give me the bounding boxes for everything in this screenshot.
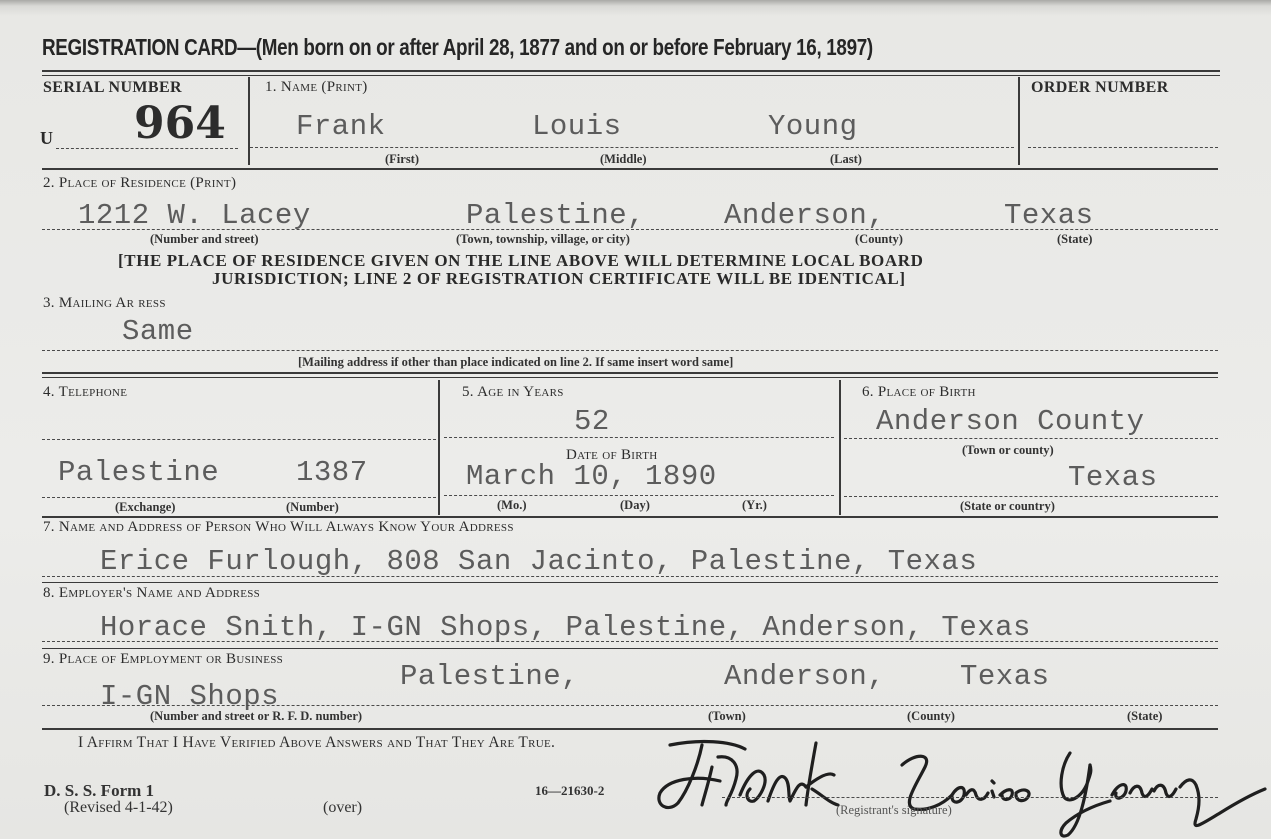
signature-icon bbox=[640, 735, 1271, 839]
dob-dashed-line bbox=[444, 495, 834, 496]
caption-day: (Day) bbox=[620, 498, 650, 513]
dob-value: March 10, 1890 bbox=[466, 460, 717, 493]
mailing-dashed-line bbox=[42, 350, 1218, 351]
telephone-dashed-top bbox=[42, 439, 436, 440]
order-divider bbox=[1018, 77, 1020, 165]
birthplace-label: 6. Place of Birth bbox=[862, 384, 976, 401]
telephone-exchange: Palestine bbox=[58, 456, 219, 489]
caption-year: (Yr.) bbox=[742, 498, 767, 513]
form-number: D. S. S. Form 1 bbox=[44, 781, 154, 801]
employment-dashed-line bbox=[42, 705, 1218, 706]
caption-street: (Number and street) bbox=[150, 232, 259, 247]
birthplace-town: Anderson County bbox=[876, 405, 1145, 438]
employment-label: 9. Place of Employment or Business bbox=[43, 651, 283, 668]
top-rule-inner bbox=[42, 75, 1220, 76]
caption-first: (First) bbox=[385, 152, 419, 167]
caption-employment-county: (County) bbox=[907, 709, 955, 724]
registration-card: REGISTRATION CARD—(Men born on or after … bbox=[0, 0, 1271, 839]
rule-after-mailing bbox=[42, 372, 1218, 374]
caption-last: (Last) bbox=[830, 152, 862, 167]
print-code: 16—21630-2 bbox=[535, 783, 604, 799]
birthplace-dashed-top bbox=[844, 438, 1218, 439]
affirmation-text: I Affirm That I Have Verified Above Answ… bbox=[78, 734, 555, 752]
serial-dashed-line bbox=[56, 148, 238, 149]
telephone-dashed-bottom bbox=[42, 497, 436, 498]
caption-employment-town: (Town) bbox=[708, 709, 746, 724]
caption-middle: (Middle) bbox=[600, 152, 647, 167]
caption-state: (State) bbox=[1057, 232, 1092, 247]
top-rule bbox=[42, 70, 1220, 72]
residence-street: 1212 W. Lacey bbox=[78, 199, 311, 232]
telephone-number: 1387 bbox=[296, 456, 368, 489]
signature-dashed-line bbox=[722, 797, 1218, 798]
age-value: 52 bbox=[574, 405, 610, 438]
contact-value: Erice Furlough, 808 San Jacinto, Palesti… bbox=[100, 545, 977, 578]
rule-after-name bbox=[42, 168, 1218, 170]
serial-number-value: 964 bbox=[134, 98, 226, 149]
serial-number-label: SERIAL NUMBER bbox=[43, 79, 182, 97]
caption-employment-state: (State) bbox=[1127, 709, 1162, 724]
contact-label: 7. Name and Address of Person Who Will A… bbox=[43, 519, 514, 536]
residence-label: 2. Place of Residence (Print) bbox=[43, 175, 236, 192]
rule-after-mailing-inner bbox=[42, 377, 1218, 378]
name-last: Young bbox=[768, 110, 858, 143]
telephone-label: 4. Telephone bbox=[43, 384, 127, 401]
signature-caption: (Registrant's signature) bbox=[836, 803, 952, 818]
residence-town: Palestine, bbox=[466, 199, 645, 232]
rule-after-employer bbox=[42, 648, 1218, 649]
name-first: Frank bbox=[296, 110, 386, 143]
mailing-label: 3. Mailing Ar ress bbox=[43, 295, 166, 312]
caption-exchange: (Exchange) bbox=[115, 500, 175, 515]
jurisdiction-notice-line1: [THE PLACE OF RESIDENCE GIVEN ON THE LIN… bbox=[118, 251, 923, 271]
age-birth-divider bbox=[839, 380, 841, 515]
over-note: (over) bbox=[323, 799, 362, 817]
employer-label: 8. Employer's Name and Address bbox=[43, 585, 260, 602]
birthplace-state: Texas bbox=[1068, 461, 1158, 494]
name-middle: Louis bbox=[532, 110, 622, 143]
birthplace-dashed-bottom bbox=[844, 496, 1218, 497]
order-number-label: ORDER NUMBER bbox=[1031, 79, 1169, 97]
age-dashed-line bbox=[444, 437, 834, 438]
caption-employment-street: (Number and street or R. F. D. number) bbox=[150, 709, 362, 724]
contact-dashed-line bbox=[42, 576, 1218, 577]
name-dashed-line bbox=[250, 147, 1014, 148]
employment-town: Palestine, bbox=[400, 660, 579, 693]
card-title: REGISTRATION CARD—(Men born on or after … bbox=[42, 34, 873, 61]
caption-month: (Mo.) bbox=[497, 498, 527, 513]
residence-state: Texas bbox=[1004, 199, 1094, 232]
serial-prefix: U bbox=[40, 128, 53, 149]
caption-county: (County) bbox=[855, 232, 903, 247]
residence-dashed-line bbox=[42, 229, 1218, 230]
form-revised: (Revised 4-1-42) bbox=[64, 799, 173, 817]
age-label: 5. Age in Years bbox=[462, 384, 564, 401]
employer-dashed-line bbox=[42, 641, 1218, 642]
caption-town-county: (Town or county) bbox=[962, 443, 1054, 458]
employer-value: Horace Snith, I-GN Shops, Palestine, And… bbox=[100, 611, 1031, 644]
residence-county: Anderson, bbox=[724, 199, 885, 232]
rule-after-contact bbox=[42, 582, 1218, 583]
caption-town: (Town, township, village, or city) bbox=[456, 232, 630, 247]
employment-county: Anderson, bbox=[724, 660, 885, 693]
rule-after-employment bbox=[42, 728, 1218, 730]
employment-state: Texas bbox=[960, 660, 1050, 693]
serial-divider bbox=[248, 77, 250, 165]
caption-state-country: (State or country) bbox=[960, 499, 1055, 514]
rule-after-birth bbox=[42, 516, 1218, 518]
order-dashed-line bbox=[1028, 147, 1218, 148]
tel-age-divider bbox=[438, 380, 440, 515]
mailing-caption: [Mailing address if other than place ind… bbox=[298, 355, 733, 370]
name-label: 1. Name (Print) bbox=[265, 79, 368, 96]
caption-number: (Number) bbox=[286, 500, 339, 515]
mailing-value: Same bbox=[122, 315, 194, 348]
jurisdiction-notice-line2: JURISDICTION; LINE 2 OF REGISTRATION CER… bbox=[212, 269, 906, 289]
